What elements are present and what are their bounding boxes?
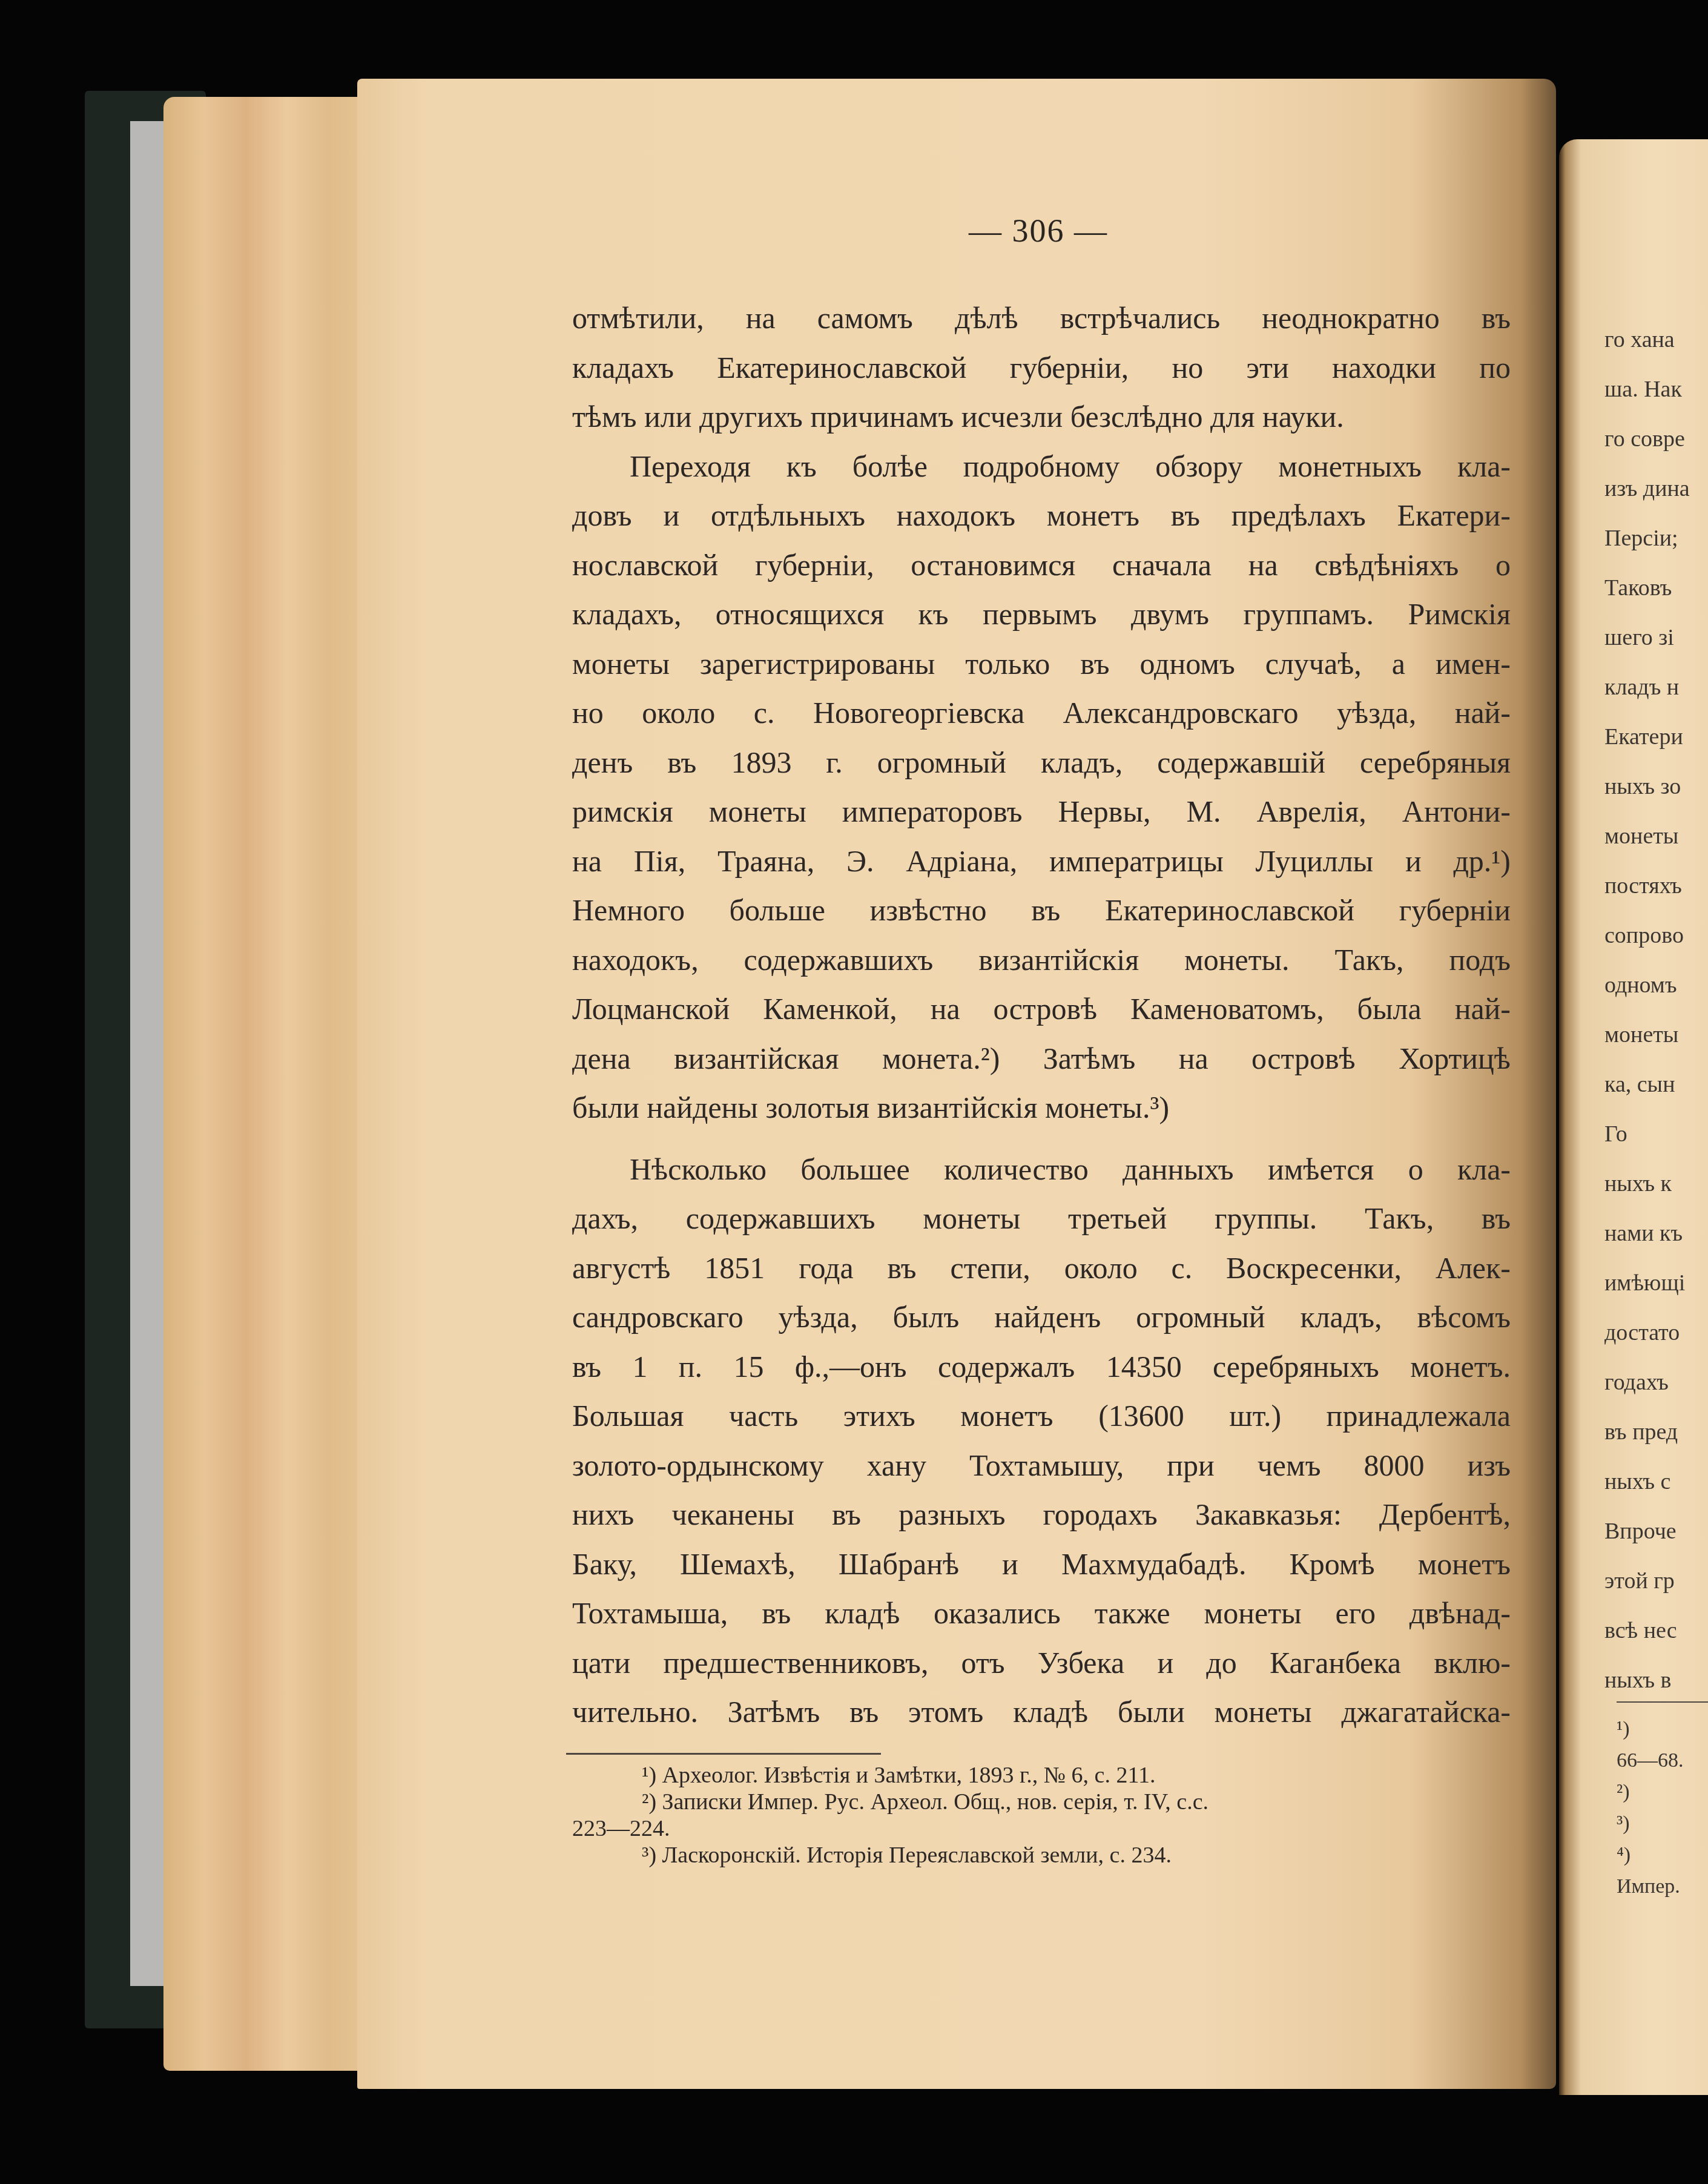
- footnote: ³) Ласкоронскій. Исторія Переяславской з…: [572, 1842, 1511, 1869]
- text-line: были найдены золотыя византійскія монеты…: [572, 1083, 1511, 1133]
- facing-text-line: ша. Нак: [1604, 365, 1708, 414]
- facing-text-line: Персіи;: [1604, 513, 1708, 563]
- text-line: Лоцманской Каменкой, на островѣ Каменова…: [572, 985, 1511, 1034]
- text-line: августѣ 1851 года въ степи, около с. Вос…: [572, 1244, 1511, 1293]
- footnote: ¹) Археолог. Извѣстія и Замѣтки, 1893 г.…: [572, 1762, 1511, 1789]
- text-line: римскія монеты императоровъ Нервы, М. Ав…: [572, 787, 1511, 837]
- text-line: Баку, Шемахѣ, Шабранѣ и Махмудабадѣ. Кро…: [572, 1540, 1511, 1589]
- facing-text-line: всѣ нес: [1604, 1606, 1708, 1655]
- text-line: кладахъ Екатеринославской губерніи, но э…: [572, 343, 1511, 393]
- text-line: Немного больше извѣстно въ Екатеринослав…: [572, 886, 1511, 935]
- facing-text-line: имѣющі: [1604, 1258, 1708, 1308]
- footnote: 223—224.: [572, 1815, 1511, 1842]
- facing-text-line: ныхъ с: [1604, 1457, 1708, 1506]
- facing-text-line: этой гр: [1604, 1556, 1708, 1606]
- text-line: Тохтамыша, въ кладѣ оказались также моне…: [572, 1589, 1511, 1638]
- page-edges: [163, 97, 369, 2071]
- text-line: денъ въ 1893 г. огромный кладъ, содержав…: [572, 738, 1511, 788]
- facing-footnote: ²): [1617, 1777, 1708, 1808]
- paragraph-gap: [572, 1133, 1511, 1145]
- facing-text-line: одномъ: [1604, 960, 1708, 1010]
- text-line: довъ и отдѣльныхъ находокъ монетъ въ пре…: [572, 491, 1511, 541]
- text-line: въ 1 п. 15 ф.,—онъ содержалъ 14350 сереб…: [572, 1342, 1511, 1392]
- facing-text-line: шего зі: [1604, 613, 1708, 662]
- footnote: ²) Записки Импер. Рус. Археол. Общ., нов…: [572, 1789, 1511, 1815]
- page-number: — 306 —: [969, 212, 1108, 249]
- facing-text-line: монеты: [1604, 811, 1708, 861]
- facing-page-footnotes: ¹)66—68. ²) ³) ⁴)Импер.: [1617, 1714, 1708, 1902]
- facing-text-line: го хана: [1604, 315, 1708, 365]
- text-line: но около с. Новогеоргіевска Александровс…: [572, 688, 1511, 738]
- facing-text-line: монеты: [1604, 1010, 1708, 1060]
- text-line: Большая часть этихъ монетъ (13600 шт.) п…: [572, 1391, 1511, 1441]
- facing-text-line: въ пред: [1604, 1407, 1708, 1457]
- facing-footnote: ⁴): [1617, 1839, 1708, 1871]
- text-line: сандровскаго уѣзда, былъ найденъ огромны…: [572, 1293, 1511, 1342]
- facing-text-line: ка, сын: [1604, 1060, 1708, 1109]
- text-line: Переходя къ болѣе подробному обзору моне…: [572, 442, 1511, 492]
- facing-text-line: Екатери: [1604, 712, 1708, 762]
- facing-text-line: нами къ: [1604, 1209, 1708, 1258]
- facing-text-line: го совре: [1604, 414, 1708, 464]
- text-line: отмѣтили, на самомъ дѣлѣ встрѣчались нео…: [572, 294, 1511, 343]
- facing-text-line: Го: [1604, 1109, 1708, 1159]
- text-line: нославской губерніи, остановимся сначала…: [572, 541, 1511, 590]
- facing-text-line: постяхъ: [1604, 861, 1708, 911]
- facing-footnote: Импер.: [1617, 1871, 1708, 1902]
- text-line: дена византійская монета.²) Затѣмъ на ос…: [572, 1034, 1511, 1084]
- facing-footnote: ³): [1617, 1808, 1708, 1839]
- text-line: на Пія, Траяна, Э. Адріана, императрицы …: [572, 837, 1511, 886]
- facing-text-line: годахъ: [1604, 1358, 1708, 1407]
- page-body-text: отмѣтили, на самомъ дѣлѣ встрѣчались нео…: [572, 294, 1511, 1737]
- text-line: кладахъ, относящихся къ первымъ двумъ гр…: [572, 590, 1511, 639]
- text-line: Нѣсколько большее количество данныхъ имѣ…: [572, 1145, 1511, 1195]
- facing-text-line: сопрово: [1604, 911, 1708, 960]
- facing-footnote-rule: [1617, 1701, 1708, 1703]
- facing-text-line: ныхъ зо: [1604, 762, 1708, 811]
- text-line: тѣмъ или другихъ причинамъ исчезли безсл…: [572, 392, 1511, 442]
- facing-text-line: Впроче: [1604, 1506, 1708, 1556]
- facing-page-text: го ханаша. Накго совреизъ динаПерсіи;Так…: [1604, 315, 1708, 1705]
- footnote-rule: [566, 1753, 881, 1755]
- text-line: нихъ чеканены въ разныхъ городахъ Закавк…: [572, 1490, 1511, 1540]
- facing-text-line: кладъ н: [1604, 662, 1708, 712]
- text-line: дахъ, содержавшихъ монеты третьей группы…: [572, 1194, 1511, 1244]
- facing-text-line: ныхъ к: [1604, 1159, 1708, 1209]
- facing-text-line: Таковъ: [1604, 563, 1708, 613]
- text-line: чительно. Затѣмъ въ этомъ кладѣ были мон…: [572, 1687, 1511, 1737]
- facing-text-line: изъ дина: [1604, 464, 1708, 513]
- facing-footnote: ¹): [1617, 1714, 1708, 1745]
- text-line: находокъ, содержавшихъ византійскія моне…: [572, 935, 1511, 985]
- text-line: монеты зарегистрированы только въ одномъ…: [572, 639, 1511, 689]
- facing-text-line: достато: [1604, 1308, 1708, 1358]
- facing-footnote: 66—68.: [1617, 1745, 1708, 1777]
- footnotes: ¹) Археолог. Извѣстія и Замѣтки, 1893 г.…: [572, 1762, 1511, 1869]
- text-line: золото-ордынскому хану Тохтамышу, при че…: [572, 1441, 1511, 1491]
- facing-text-line: ныхъ в: [1604, 1655, 1708, 1705]
- text-line: цати предшественниковъ, отъ Узбека и до …: [572, 1638, 1511, 1688]
